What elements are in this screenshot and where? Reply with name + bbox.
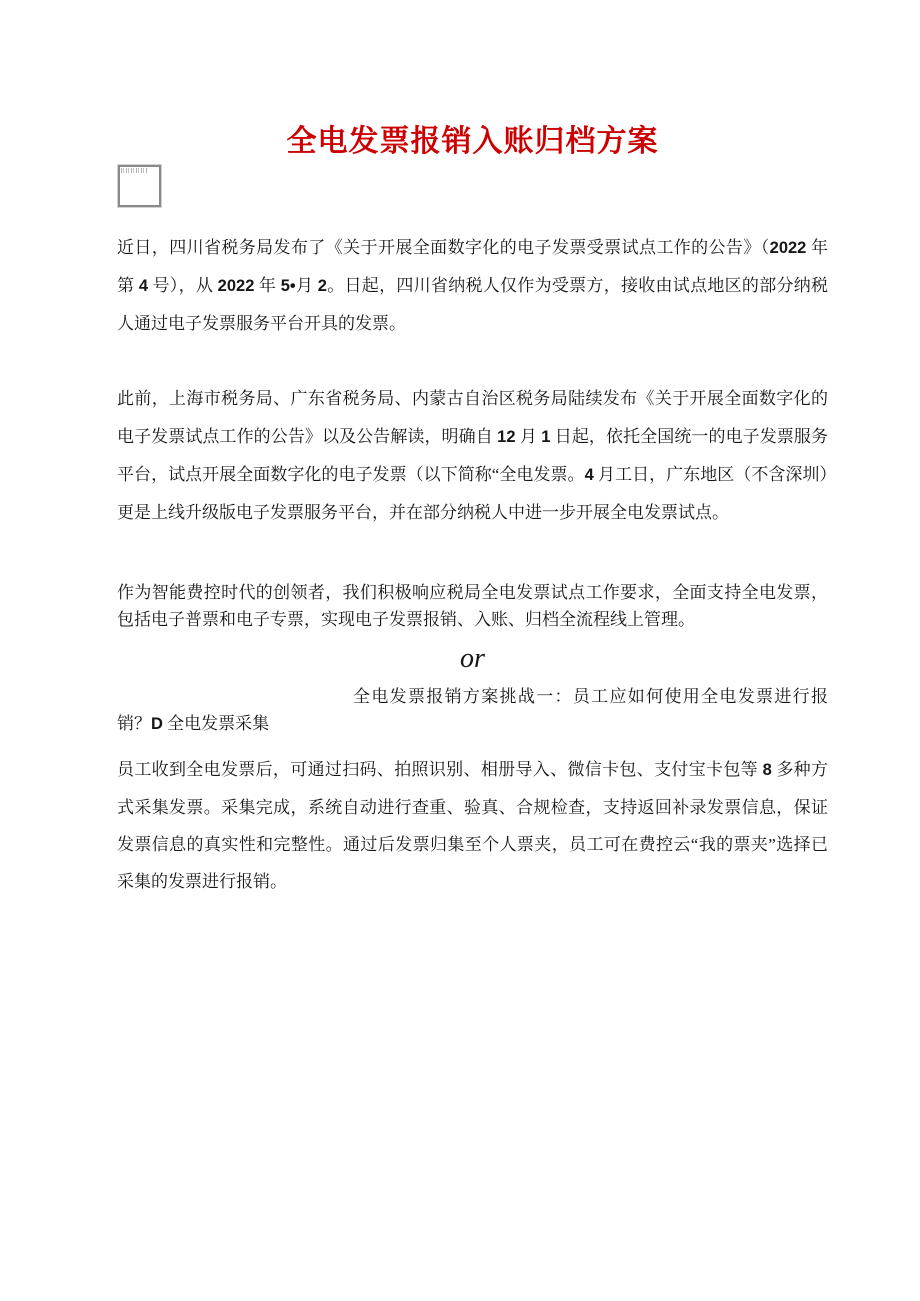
document-page: 全电发票报销入账归档方案 近日，四川省税务局发布了《关于开展全面数字化的电子发票… <box>0 0 920 1301</box>
paragraph-invoice-collection-detail: 员工收到全电发票后，可通过扫码、拍照识别、相册导入、微信卡包、支付宝卡包等 8 … <box>117 751 828 900</box>
bold-number-run: 8 <box>763 761 772 779</box>
document-title: 全电发票报销入账归档方案 <box>117 0 828 160</box>
bold-number-run: 2022 <box>770 239 807 257</box>
or-divider: or <box>117 644 828 674</box>
broken-image-placeholder-icon <box>118 165 161 207</box>
text-run: 年 <box>254 276 280 295</box>
paragraph-challenge-one-heading: 全电发票报销方案挑战一：员工应如何使用全电发票进行报销？D 全电发票采集 <box>117 683 828 738</box>
paragraph-sichuan-announcement: 近日，四川省税务局发布了《关于开展全面数字化的电子发票受票试点工作的公告》（20… <box>117 229 828 343</box>
text-run: 全电发票采集 <box>163 714 269 733</box>
text-run: 作为智能费控时代的创领者，我们积极响应税局全电发票试点工作要求，全面支持全电发票… <box>117 583 828 629</box>
text-run: 员工收到全电发票后，可通过扫码、拍照识别、相册导入、微信卡包、支付宝卡包等 <box>117 760 763 779</box>
text-run: 月 <box>296 276 318 295</box>
text-run: 号），从 <box>148 276 218 295</box>
document-content: 全电发票报销入账归档方案 近日，四川省税务局发布了《关于开展全面数字化的电子发票… <box>0 0 920 900</box>
paragraph-prior-regions-pilot: 此前，上海市税务局、广东省税务局、内蒙古自治区税务局陆续发布《关于开展全面数字化… <box>117 380 828 532</box>
bold-number-run: 2 <box>318 277 327 295</box>
bold-number-run: 2022 <box>218 277 255 295</box>
text-run: 多种方式采集发票。采集完成，系统自动进行查重、验真、合规检查，支持返回补录发票信… <box>117 760 828 891</box>
bold-number-run: 4 <box>139 277 148 295</box>
text-run: 近日，四川省税务局发布了《关于开展全面数字化的电子发票受票试点工作的公告》（ <box>117 238 770 257</box>
text-run: 月 <box>516 427 542 446</box>
paragraph-company-support: 作为智能费控时代的创领者，我们积极响应税局全电发票试点工作要求，全面支持全电发票… <box>117 579 828 633</box>
bold-number-run: 5• <box>281 277 296 295</box>
bold-number-run: 12 <box>497 428 515 446</box>
bold-number-run: D <box>151 715 163 733</box>
bold-number-run: 4 <box>585 466 594 484</box>
